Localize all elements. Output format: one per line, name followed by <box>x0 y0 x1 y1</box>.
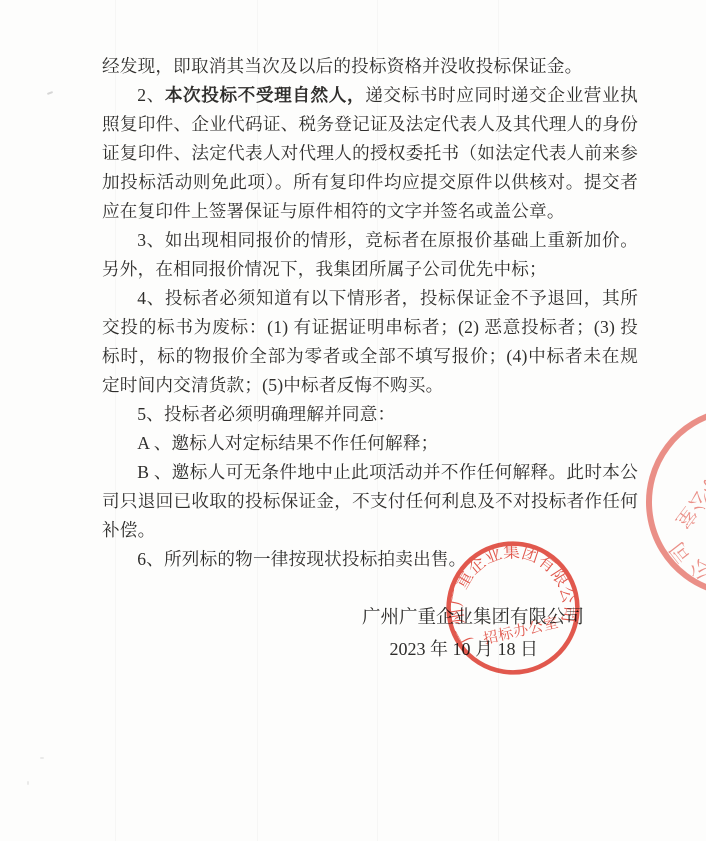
item-2-bold-clause: 本次投标不受理自然人， <box>165 85 365 105</box>
scanned-document-page: 经发现，即取消其当次及以后的投标资格并没收投标保证金。 2、本次投标不受理自然人… <box>0 0 706 841</box>
item-2-text: 递交标书时应同时递交企业营业执照复印件、企业代码证、税务登记证及法定代表人及其代… <box>102 85 638 221</box>
paragraph-item-2: 2、本次投标不受理自然人，递交标书时应同时递交企业营业执照复印件、企业代码证、税… <box>102 81 638 226</box>
paragraph-item-5: 5、投标者必须明确理解并同意： <box>102 400 638 429</box>
seal-ring <box>641 402 706 602</box>
paragraph-item-5b: B 、邀标人可无条件地中止此项活动并不作任何解释。此时本公司只退回已收取的投标保… <box>102 458 638 545</box>
seal-office-name: 招标办公室 <box>670 436 706 534</box>
company-signature: 广州广重企业集团有限公司 <box>362 606 584 630</box>
scan-speck <box>40 757 44 759</box>
paragraph-item-3: 3、如出现相同报价的情形，竞标者在原报价基础上重新加价。另外，在相同报价情况下，… <box>102 226 638 284</box>
scan-speck <box>47 91 53 95</box>
partial-seal: 广州广重企业集团有限公司 招标办公室 <box>641 402 706 602</box>
scan-speck <box>27 781 29 785</box>
item-2-number: 2、 <box>137 85 165 105</box>
seal-company-name: 广州广重企业集团有限公司 <box>658 409 706 602</box>
document-body: 经发现，即取消其当次及以后的投标资格并没收投标保证金。 2、本次投标不受理自然人… <box>102 52 638 574</box>
document-date: 2023 年 10 月 18 日 <box>390 637 539 661</box>
paragraph-item-4: 4、投标者必须知道有以下情形者，投标保证金不予退回，其所交投的标书为废标：(1)… <box>102 284 638 400</box>
paragraph-item-6: 6、所列标的物一律按现状投标拍卖出售。 <box>102 545 638 574</box>
paragraph-item-5a: A 、邀标人对定标结果不作任何解释； <box>102 429 638 458</box>
paragraph-continuation: 经发现，即取消其当次及以后的投标资格并没收投标保证金。 <box>102 52 638 81</box>
svg-text:广州广重企业集团有限公司: 广州广重企业集团有限公司 <box>658 409 706 602</box>
